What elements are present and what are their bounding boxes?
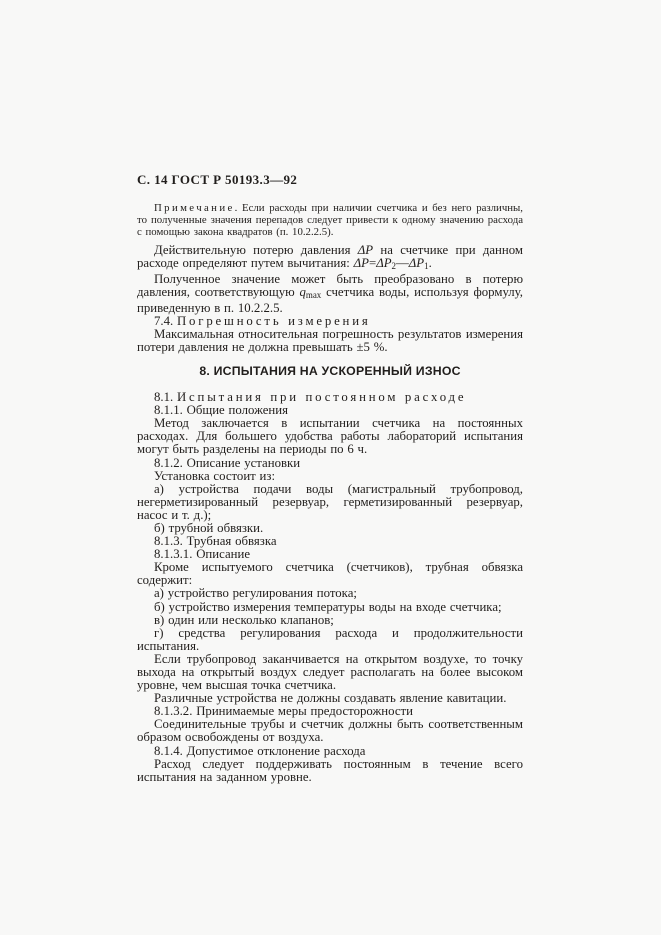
scanned-document-page: { "page": { "background": "#f8f8f7", "te… (0, 0, 661, 935)
text-run: 8.1.3.1. Описание (154, 547, 250, 561)
text-run: Метод заключается в испытании счетчика н… (137, 416, 523, 456)
text-run: Испытания при постоянном расходе (177, 390, 466, 404)
text-run: max (306, 290, 321, 300)
paragraph-constant-flow: Расход следует поддерживать постоянным в… (137, 758, 523, 784)
text-run: 8.1.1. Общие положения (154, 403, 288, 417)
note-paragraph: Примечание. Если расходы при наличии сче… (137, 203, 523, 239)
text-run: Действительную потерю давления (154, 243, 358, 257)
text-run: Если трубопровод заканчивается на открыт… (137, 652, 523, 692)
text-run: Погрешность измерения (177, 314, 371, 328)
text-run: в) один или несколько клапанов; (154, 613, 334, 627)
paragraph-air-release: Соединительные трубы и счетчик должны бы… (137, 718, 523, 744)
text-run: 8.1.2. Описание установки (154, 456, 300, 470)
section-8-heading: 8. ИСПЫТАНИЯ НА УСКОРЕННЫЙ ИЗНОС (137, 364, 523, 378)
text-run: а) устройство регулирования потока; (154, 586, 357, 600)
text-run: Расход следует поддерживать постоянным в… (137, 757, 523, 784)
text-run: 8.1.4. Допустимое отклонение расхода (154, 744, 365, 758)
text-run: — (396, 256, 409, 270)
text-run: . (429, 256, 432, 270)
paragraph-open-air: Если трубопровод заканчивается на открыт… (137, 653, 523, 692)
text-run: б) устройство измерения температуры воды… (154, 600, 502, 614)
paragraph-pressure-loss: Действительную потерю давления ΔP на сче… (137, 244, 523, 273)
paragraph-max-error: Максимальная относительная погрешность р… (137, 328, 523, 354)
text-run: Кроме испытуемого счетчика (счетчиков), … (137, 560, 523, 587)
document-body: Примечание. Если расходы при наличии сче… (137, 203, 523, 784)
list-item-g-flow-control: г) средства регулирования расхода и прод… (137, 627, 523, 653)
text-run: ΔP (409, 256, 424, 270)
text-run: Максимальная относительная погрешность р… (137, 327, 523, 354)
text-run: Установка состоит из: (154, 469, 275, 483)
text-run: Соединительные трубы и счетчик должны бы… (137, 717, 523, 744)
page-content: С. 14 ГОСТ Р 50193.3—92 Примечание. Если… (137, 172, 523, 784)
paragraph-piping-contains: Кроме испытуемого счетчика (счетчиков), … (137, 561, 523, 587)
text-run: г) средства регулирования расхода и прод… (137, 626, 523, 653)
paragraph-method: Метод заключается в испытании счетчика н… (137, 417, 523, 456)
list-item-a-water-supply: а) устройства подачи воды (магистральный… (137, 483, 523, 522)
text-run: Примечание (154, 202, 235, 214)
text-run: 7.4. (154, 314, 177, 328)
text-run: а) устройства подачи воды (магистральный… (137, 482, 523, 522)
page-header: С. 14 ГОСТ Р 50193.3—92 (137, 172, 523, 188)
paragraph-qmax-conversion: Полученное значение может быть преобразо… (137, 273, 523, 315)
text-run: ΔP (354, 256, 369, 270)
text-run: ΔP (376, 256, 391, 270)
text-run: Различные устройства не должны создавать… (154, 691, 506, 705)
text-run: б) трубной обвязки. (154, 521, 263, 535)
text-run: 8.1. (154, 390, 177, 404)
text-run: 8.1.3.2. Принимаемые меры предосторожнос… (154, 704, 413, 718)
text-run: 8. ИСПЫТАНИЯ НА УСКОРЕННЫЙ ИЗНОС (199, 364, 460, 378)
text-run: 8.1.3. Трубная обвязка (154, 534, 277, 548)
text-run: ΔP (358, 243, 373, 257)
